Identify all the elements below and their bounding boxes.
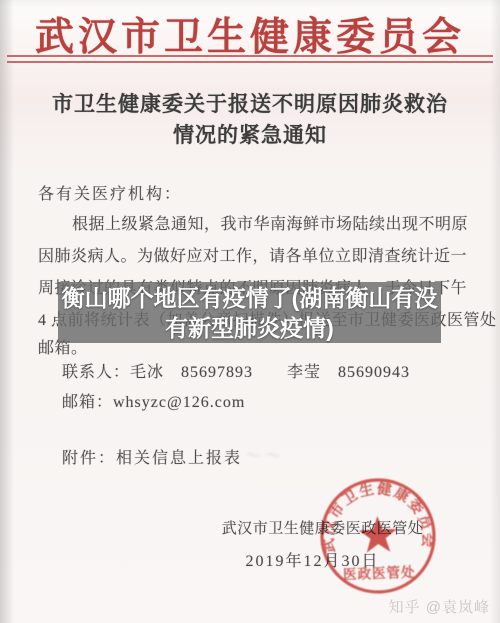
caption-overlay: 衡山哪个地区有疫情了(湖南衡山有没 有新型肺炎疫情): [58, 282, 441, 343]
stamp-star-icon: [358, 515, 397, 553]
email-line: 邮箱：whsyzc@126.com: [62, 389, 245, 412]
stamp-bottom-text: 医政医管处: [343, 564, 416, 583]
zhihu-watermark: 知乎 @袁岚峰: [389, 596, 490, 617]
document-title-line2: 情况的紧急通知: [0, 120, 500, 151]
salutation: 各有关医疗机构：: [38, 181, 182, 204]
contact-line: 联系人：毛冰 85697893 李莹 85690943: [62, 359, 410, 382]
attachment-line: 附件：相关信息上报表: [62, 445, 242, 468]
letterhead-divider: [7, 55, 493, 63]
letterhead-title: 武汉市卫生健康委员会: [0, 6, 500, 62]
document-title: 市卫生健康委关于报送不明原因肺炎救治 情况的紧急通知: [0, 89, 500, 151]
body-line-2: 因肺炎病人。为做好应对工作，请各单位立即清查统计近一: [38, 243, 467, 266]
caption-line2: 有新型肺炎疫情): [165, 313, 334, 343]
document-photo: 武汉市卫生健康委员会 市卫生健康委关于报送不明原因肺炎救治 情况的紧急通知 各有…: [0, 0, 500, 623]
document-title-line1: 市卫生健康委关于报送不明原因肺炎救治: [0, 89, 500, 120]
caption-line1: 衡山哪个地区有疫情了(湖南衡山有没: [62, 283, 438, 313]
body-line-1: 根据上级紧急通知，我市华南海鲜市场陆续出现不明原: [72, 211, 468, 234]
official-seal-stamp-icon: 武汉市卫生健康委员会 医政医管处: [314, 472, 442, 600]
